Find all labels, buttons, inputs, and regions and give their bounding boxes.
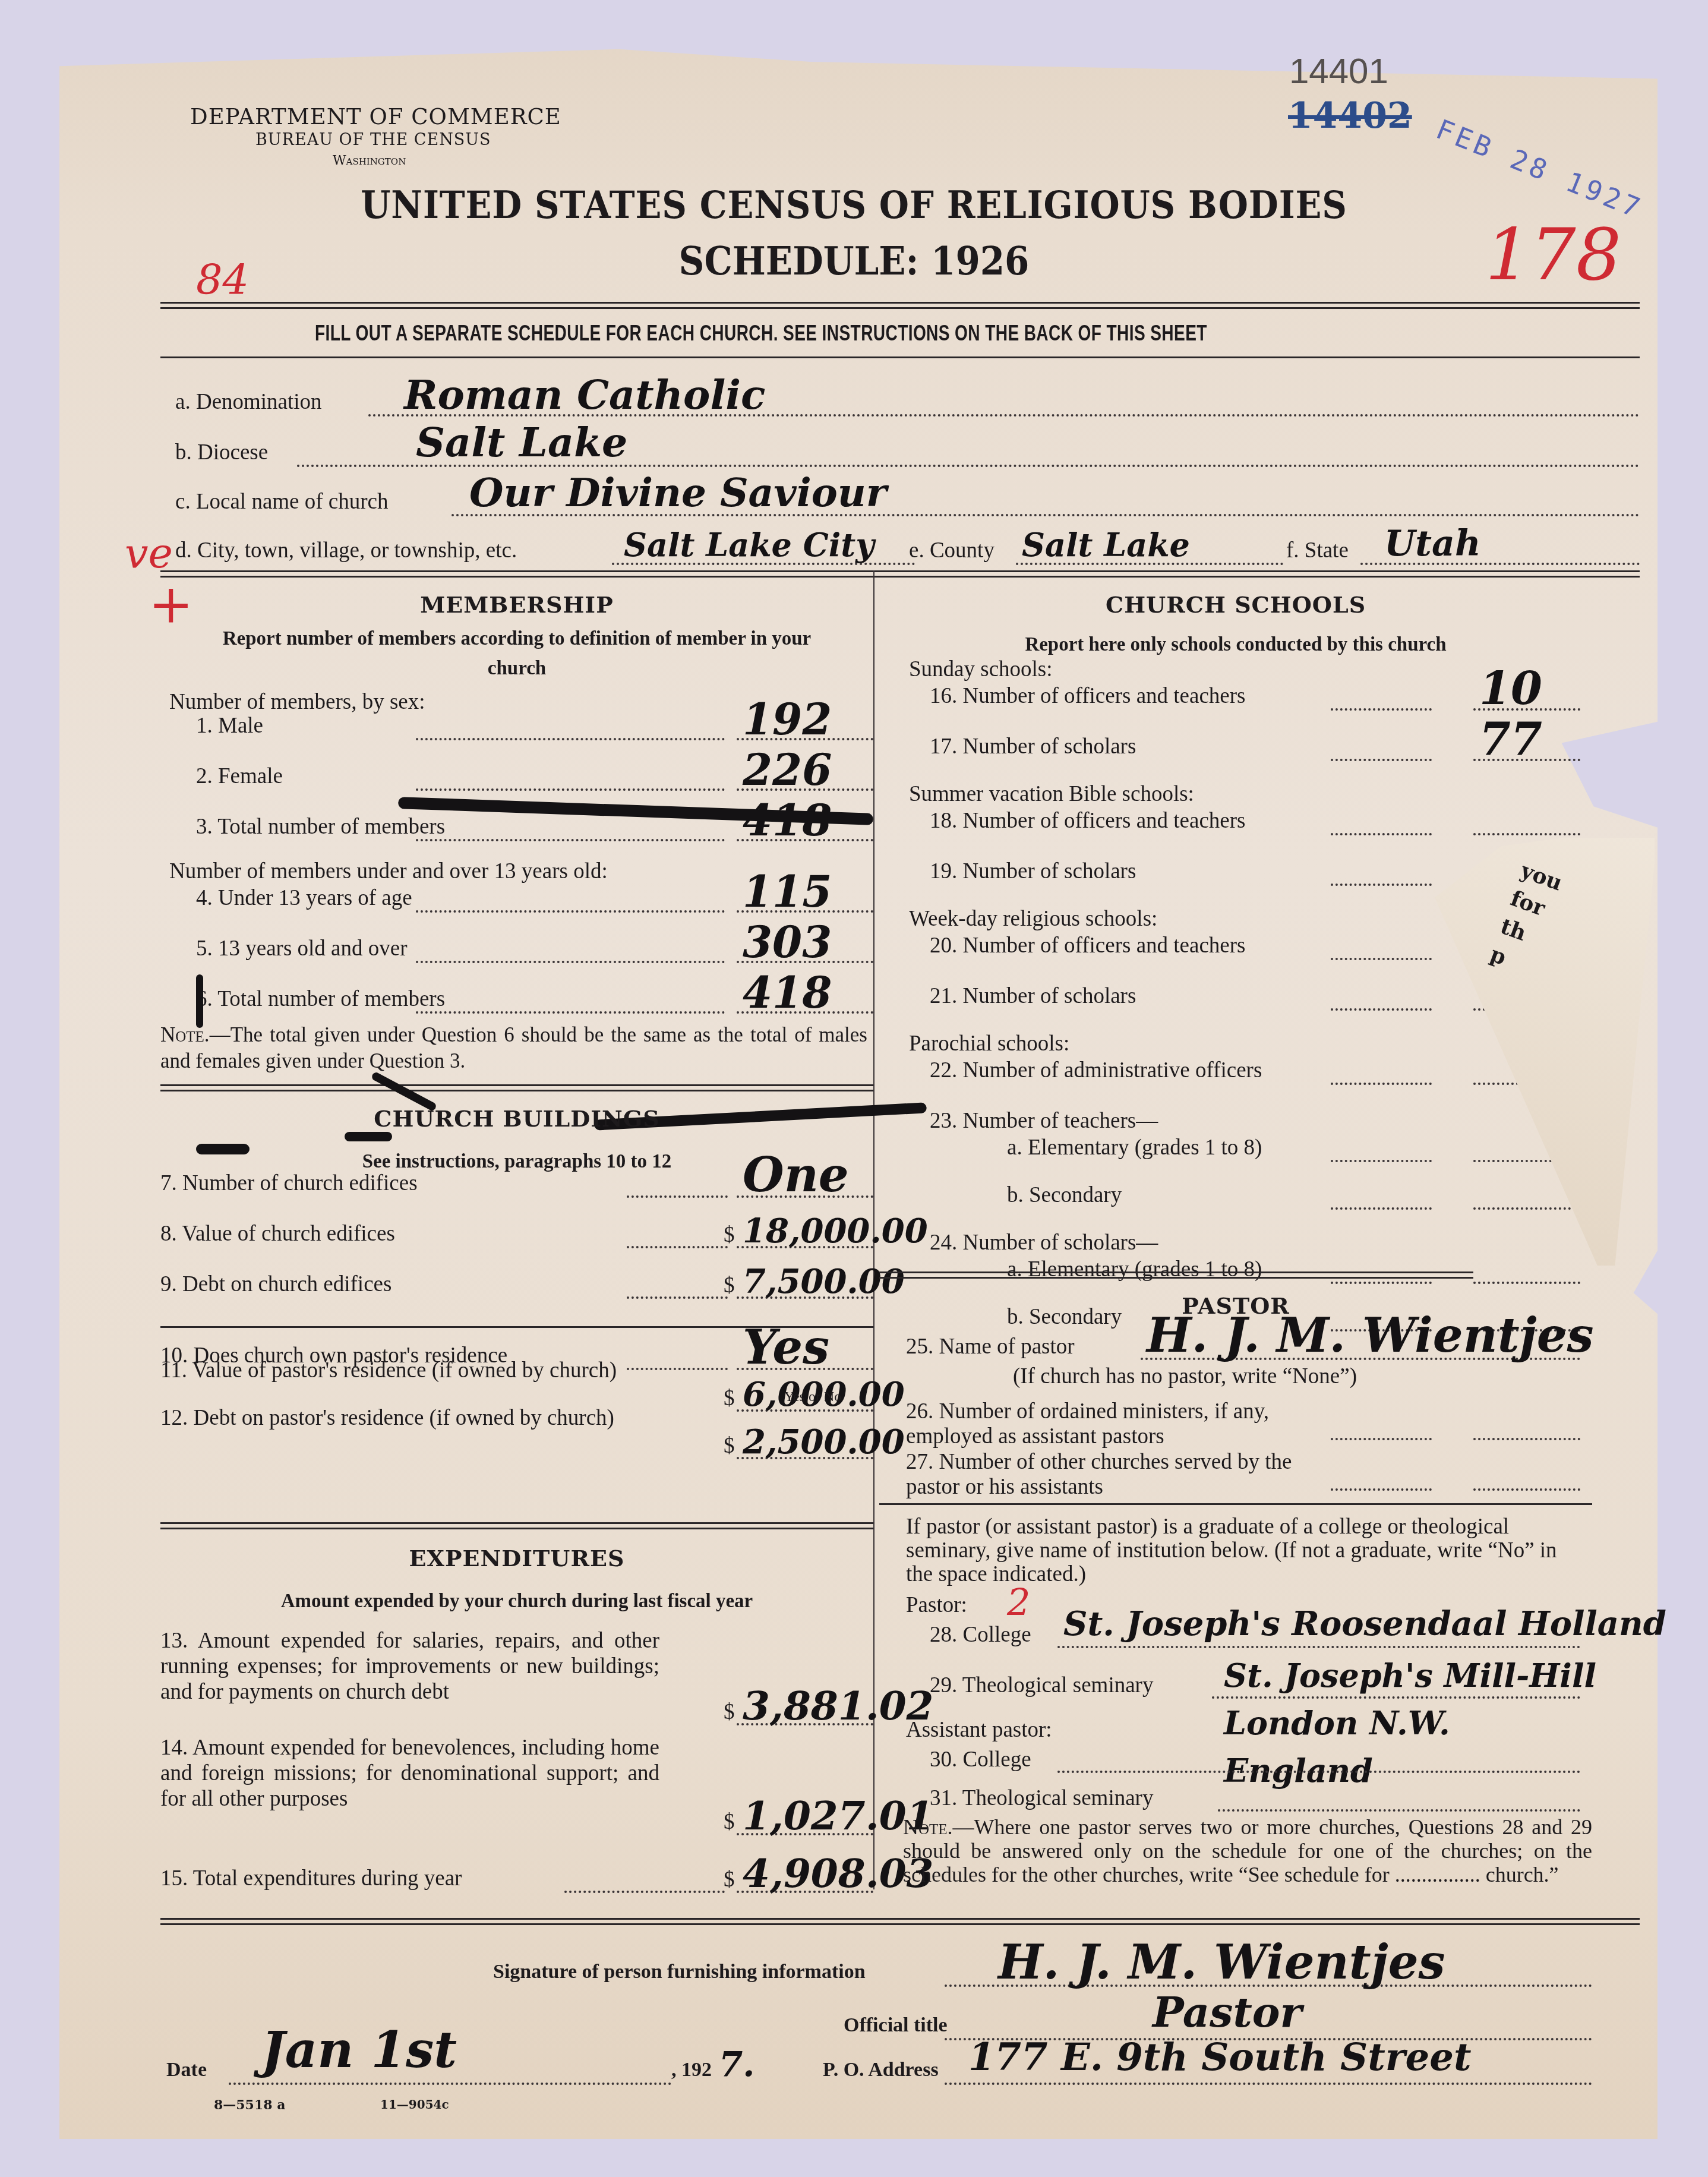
over-13-leader: [416, 961, 725, 963]
seminary-field[interactable]: St. Joseph's Mill-Hill London N.W. Engla…: [1224, 1652, 1604, 1794]
total-expenditures-currency: $: [724, 1867, 735, 1892]
po-address-label: P. O. Address: [823, 2059, 939, 2081]
female-field[interactable]: 226: [743, 744, 832, 795]
other-churches-line: [1331, 1488, 1432, 1491]
school-3-3-field-line: [1473, 1207, 1580, 1210]
school-2-1-label: 21. Number of scholars: [930, 983, 1136, 1009]
church-edifices-count-leader: [627, 1195, 728, 1198]
official-title-field[interactable]: Pastor: [1153, 1987, 1302, 2037]
running-expenses-label: 13. Amount expended for salaries, repair…: [160, 1628, 659, 1705]
note-text: —The total given under Question 6 should…: [160, 1023, 867, 1072]
school-3-5-field-line: [1473, 1282, 1580, 1284]
pastor-name-field[interactable]: H. J. M. Wientjes: [1147, 1307, 1594, 1363]
signature-label: Signature of person furnishing informati…: [493, 1961, 866, 1983]
school-3-0-leader: [1331, 1083, 1432, 1085]
church-edifices-value-leader: [627, 1246, 728, 1248]
stamped-file-number: 14402: [1288, 95, 1412, 137]
school-0-1-leader: [1331, 759, 1432, 761]
church-edifices-debt-leader: [627, 1296, 728, 1299]
male-field[interactable]: 192: [743, 694, 832, 744]
state-label: f. State: [1286, 538, 1349, 563]
church-edifices-value-currency: $: [724, 1222, 735, 1248]
divider: [160, 356, 1640, 358]
membership-note: Note.—The total given under Question 6 s…: [160, 1022, 867, 1074]
school-2-0-label: 20. Number of officers and teachers: [930, 933, 1246, 958]
running-expenses-field[interactable]: 3,881.02: [743, 1683, 934, 1729]
total-expenditures-leader: [564, 1891, 725, 1893]
po-address-line: [945, 2083, 1592, 2085]
fill-out-instructions: FILL OUT A SEPARATE SCHEDULE FOR EACH CH…: [315, 321, 1207, 346]
department-name: DEPARTMENT OF COMMERCE: [190, 104, 561, 130]
church-edifices-debt-label: 9. Debt on church edifices: [160, 1272, 392, 1297]
school-group-heading: Sunday schools:: [909, 657, 1053, 682]
benevolences-currency: $: [724, 1809, 735, 1835]
po-address-field[interactable]: 177 E. 9th South Street: [968, 2035, 1471, 2080]
residence-debt-currency: $: [724, 1433, 735, 1459]
denomination-field[interactable]: Roman Catholic: [404, 371, 765, 419]
note-text: —Where one pastor serves two or more chu…: [903, 1815, 1592, 1886]
school-0-1-label: 17. Number of scholars: [930, 734, 1136, 759]
members-by-age-heading: Number of members under and over 13 year…: [169, 859, 608, 884]
school-1-1-leader: [1331, 884, 1432, 886]
assistant-pastor-heading: Assistant pastor:: [906, 1717, 1052, 1743]
graduate-instructions: If pastor (or assistant pastor) is a gra…: [906, 1515, 1589, 1586]
section-divider: [160, 570, 1640, 578]
school-item-heading: 23. Number of teachers—: [930, 1108, 1158, 1134]
ordained-ministers-field[interactable]: [1473, 1438, 1580, 1440]
church-edifices-count-field[interactable]: One: [743, 1147, 849, 1203]
date-year-prefix: , 192: [671, 2059, 712, 2081]
buildings-end-divider: [160, 1522, 873, 1529]
benevolences-label: 14. Amount expended for benevolences, in…: [160, 1735, 659, 1812]
date-label: Date: [166, 2059, 207, 2081]
female-label: 2. Female: [196, 763, 283, 789]
residence-value-label: 11. Value of pastor's residence (if owne…: [160, 1358, 659, 1383]
school-1-0-field-line: [1473, 833, 1580, 835]
date-field[interactable]: Jan 1st: [261, 2020, 457, 2079]
membership-divider: [160, 1084, 873, 1091]
date-year-field[interactable]: 7.: [719, 2044, 755, 2084]
assistant-seminary-label: 31. Theological seminary: [930, 1785, 1153, 1811]
college-label: 28. College: [930, 1622, 1031, 1648]
pastor-divider: [879, 1503, 1592, 1505]
school-3-3-leader: [1331, 1207, 1432, 1210]
official-title-label: Official title: [844, 2014, 948, 2037]
church-schools-title: CHURCH SCHOOLS: [879, 591, 1592, 618]
ordained-ministers-label: 26. Number of ordained ministers, if any…: [906, 1399, 1322, 1449]
school-group-heading: Parochial schools:: [909, 1031, 1069, 1056]
county-label: e. County: [909, 538, 995, 563]
diocese-label: b. Diocese: [175, 440, 268, 465]
pastor-none-hint: (If church has no pastor, write “None”): [1013, 1364, 1357, 1389]
ink-strike: [345, 1132, 392, 1141]
residence-debt-label: 12. Debt on pastor's residence (if owned…: [160, 1405, 659, 1431]
assistant-college-label: 30. College: [930, 1747, 1031, 1772]
members-by-sex-heading: Number of members, by sex:: [169, 689, 425, 715]
pastor-note: Note.—Where one pastor serves two or mor…: [903, 1815, 1592, 1886]
city-field[interactable]: Salt Lake City: [624, 526, 874, 564]
membership-title: MEMBERSHIP: [160, 591, 873, 618]
assistant-seminary-field[interactable]: [1218, 1809, 1580, 1812]
pastor-heading: Pastor:: [906, 1592, 967, 1618]
under-13-label: 4. Under 13 years of age: [196, 885, 412, 911]
school-2-0-leader: [1331, 958, 1432, 960]
church-schools-subtitle: Report here only schools conducted by th…: [879, 630, 1592, 660]
over-13-field[interactable]: 303: [743, 917, 832, 967]
expenditures-title: EXPENDITURES: [160, 1545, 873, 1572]
ordained-ministers-line: [1331, 1438, 1432, 1440]
school-0-0-field[interactable]: 10: [1479, 662, 1542, 715]
college-line: [1057, 1646, 1580, 1648]
over-13-label: 5. 13 years old and over: [196, 936, 408, 961]
schedule-year-title: SCHEDULE: 1926: [86, 238, 1623, 284]
church-edifices-count-label: 7. Number of church edifices: [160, 1170, 418, 1196]
school-3-2-leader: [1331, 1160, 1432, 1162]
membership-subtitle: Report number of members according to de…: [196, 624, 838, 683]
school-3-0-label: 22. Number of administrative officers: [930, 1058, 1262, 1083]
expenditures-divider: [160, 1918, 1640, 1925]
male-label: 1. Male: [196, 713, 263, 739]
school-1-1-label: 19. Number of scholars: [930, 859, 1136, 884]
buildings-divider: [160, 1326, 873, 1328]
expenditures-subtitle: Amount expended by your church during la…: [160, 1586, 873, 1616]
residence-value-currency: $: [724, 1386, 735, 1411]
school-3-5-leader: [1331, 1282, 1432, 1284]
running-expenses-currency: $: [724, 1699, 735, 1725]
school-2-1-leader: [1331, 1008, 1432, 1011]
local-name-label: c. Local name of church: [175, 489, 389, 515]
total-members-leader: [416, 839, 725, 841]
church-edifices-debt-currency: $: [724, 1273, 735, 1298]
school-1-0-label: 18. Number of officers and teachers: [930, 808, 1246, 834]
denomination-label: a. Denomination: [175, 389, 322, 415]
city-name: Washington: [333, 153, 406, 168]
residence-debt-field[interactable]: 2,500.00: [743, 1422, 905, 1462]
pastor-red-number: 2: [1007, 1580, 1030, 1624]
total-members-check-field[interactable]: 418: [743, 967, 832, 1018]
diocese-field[interactable]: Salt Lake: [416, 419, 627, 466]
form-title: UNITED STATES CENSUS OF RELIGIOUS BODIES: [86, 183, 1623, 228]
church-edifices-value-label: 8. Value of church edifices: [160, 1221, 395, 1247]
male-leader: [416, 738, 725, 740]
total-members-check-label: 6. Total number of members: [196, 986, 445, 1012]
local-name-field[interactable]: Our Divine Saviour: [469, 469, 887, 516]
city-label: d. City, town, village, or township, etc…: [175, 538, 517, 563]
total-members-label: 3. Total number of members: [196, 814, 445, 840]
ink-strike: [196, 974, 203, 1028]
date-line: [229, 2083, 671, 2085]
pastor-name-label: 25. Name of pastor: [906, 1334, 1075, 1359]
female-leader: [416, 788, 725, 791]
county-field[interactable]: Salt Lake: [1022, 526, 1190, 564]
yes-no-hint: Yes or No: [784, 1389, 841, 1405]
state-field[interactable]: Utah: [1384, 523, 1481, 564]
seminary-label: 29. Theological seminary: [930, 1673, 1153, 1698]
signature-field[interactable]: H. J. M. Wientjes: [998, 1934, 1445, 1990]
other-churches-label: 27. Number of other churches served by t…: [906, 1450, 1322, 1500]
school-0-1-field[interactable]: 77: [1479, 712, 1542, 765]
total-members-check-leader: [416, 1011, 725, 1014]
school-group-heading: Week-day religious schools:: [909, 906, 1157, 932]
total-expenditures-label: 15. Total expenditures during year: [160, 1866, 462, 1891]
header-divider: [160, 302, 1640, 309]
schools-divider: [879, 1272, 1473, 1279]
school-1-0-leader: [1331, 833, 1432, 835]
print-number: 11—9054c: [380, 2097, 449, 2112]
assistant-college-field[interactable]: [1057, 1771, 1580, 1773]
school-3-2-label: a. Elementary (grades 1 to 8): [1007, 1135, 1262, 1160]
other-churches-field[interactable]: [1473, 1488, 1580, 1491]
church-edifices-value-field[interactable]: 18,000.00: [743, 1211, 928, 1251]
college-field[interactable]: St. Joseph's Roosendaal Holland: [1063, 1604, 1666, 1643]
form-number: 8—5518 a: [214, 2097, 285, 2113]
school-0-0-label: 16. Number of officers and teachers: [930, 683, 1246, 709]
church-buildings-title: CHURCH BUILDINGS: [160, 1105, 873, 1132]
school-item-heading: 24. Number of scholars—: [930, 1230, 1158, 1255]
school-group-heading: Summer vacation Bible schools:: [909, 781, 1194, 807]
under-13-field[interactable]: 115: [743, 866, 832, 917]
note-label: Note.: [903, 1815, 953, 1839]
school-3-3-label: b. Secondary: [1007, 1182, 1122, 1208]
school-0-0-leader: [1331, 708, 1432, 711]
under-13-leader: [416, 910, 725, 913]
handwritten-file-number: 14401: [1289, 51, 1388, 92]
bureau-name: BUREAU OF THE CENSUS: [255, 131, 491, 149]
